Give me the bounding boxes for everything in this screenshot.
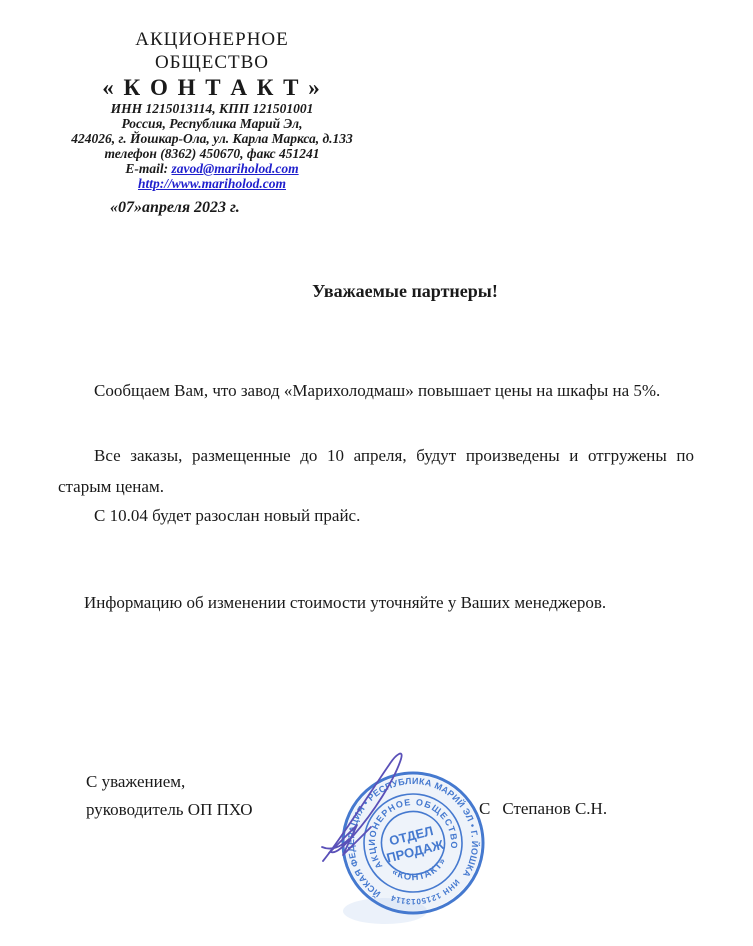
org-type-line1: АКЦИОНЕРНОЕ [0,28,424,51]
website-link[interactable]: http://www.mariholod.com [138,176,286,191]
inn-kpp-line: ИНН 1215013114, КПП 121501001 [0,101,424,116]
signer-position: руководитель ОП ПХО [86,800,253,820]
signer-name-row: С Степанов С.Н. [479,799,607,819]
letter-page: { "letterhead": { "org_line1": "АКЦИОНЕР… [0,0,753,946]
address-line: 424026, г. Йошкар-Ола, ул. Карла Маркса,… [0,131,424,146]
paragraph-price-increase: Сообщаем Вам, что завод «Марихолодмаш» п… [58,375,694,406]
signer-initial: С [479,799,490,819]
org-type-line2: ОБЩЕСТВО [0,51,424,74]
closing-line: С уважением, [86,772,185,792]
email-line: E-mail: zavod@mariholod.com [0,161,424,176]
paragraph-new-pricelist: С 10.04 будет разослан новый прайс. [58,500,694,531]
salutation: Уважаемые партнеры! [58,281,752,302]
email-label: E-mail: [125,161,171,176]
website-line: http://www.mariholod.com [0,176,424,191]
company-stamp: РОССИЙСКАЯ ФЕДЕРАЦИЯ • РЕСПУБЛИКА МАРИЙ … [313,743,513,943]
stamp-and-signature-graphic: РОССИЙСКАЯ ФЕДЕРАЦИЯ • РЕСПУБЛИКА МАРИЙ … [313,743,513,943]
org-name: « К О Н Т А К Т » [0,75,424,101]
email-link[interactable]: zavod@mariholod.com [172,161,299,176]
letter-date: «07»апреля 2023 г. [110,199,240,217]
letterhead: АКЦИОНЕРНОЕ ОБЩЕСТВО « К О Н Т А К Т » И… [0,28,424,191]
signer-name: Степанов С.Н. [502,799,607,819]
paragraph-managers-info: Информацию об изменении стоимости уточня… [58,587,694,618]
country-line: Россия, Республика Марий Эл, [0,116,424,131]
paragraph-orders: Все заказы, размещенные до 10 апреля, бу… [58,440,694,502]
phone-line: телефон (8362) 450670, факс 451241 [0,146,424,161]
